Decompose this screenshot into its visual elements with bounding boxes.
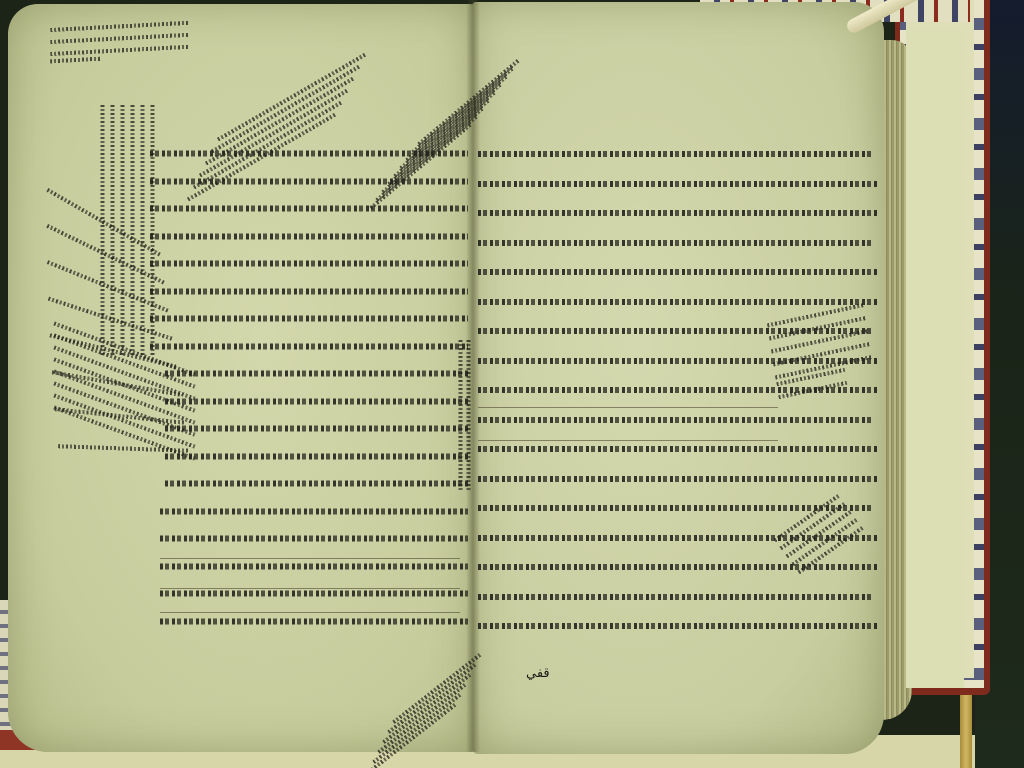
right-text-line	[478, 235, 872, 249]
marginal-note-line	[128, 105, 137, 355]
left-text-line	[160, 504, 468, 517]
handwriting-stroke	[150, 229, 468, 242]
handwriting-stroke	[478, 412, 872, 426]
left-text-line	[150, 256, 468, 269]
handwriting-stroke	[150, 284, 468, 297]
handwriting-stroke	[478, 146, 872, 160]
handwriting-stroke	[478, 589, 872, 603]
ruled-line	[160, 588, 460, 589]
ruled-line	[160, 558, 460, 559]
support-post	[960, 695, 972, 768]
handwriting-stroke	[478, 264, 878, 278]
ruled-line	[478, 407, 778, 408]
handwriting-stroke	[478, 176, 878, 190]
handwriting-stroke	[478, 294, 878, 308]
ruled-line	[160, 612, 460, 613]
left-text-line	[165, 476, 468, 489]
handwriting-stroke	[165, 366, 468, 379]
left-text-line	[150, 201, 468, 214]
handwriting-stroke	[150, 339, 468, 352]
right-text-line	[478, 412, 872, 426]
marginal-note-line	[138, 105, 147, 355]
left-text-line	[165, 366, 468, 379]
left-text-line	[165, 394, 468, 407]
handwriting-stroke	[165, 421, 468, 434]
left-text-line	[165, 421, 468, 434]
handwriting-stroke	[478, 235, 872, 249]
handwriting-stroke	[150, 256, 468, 269]
right-text-line	[478, 205, 878, 219]
ruled-line	[478, 440, 778, 441]
right-text-line	[478, 176, 878, 190]
right-text-line	[478, 146, 872, 160]
handwriting-stroke	[165, 449, 468, 462]
flyleaf	[906, 28, 964, 688]
manuscript-photo: قفي	[0, 0, 1024, 768]
left-text-line	[160, 559, 468, 572]
right-text-line	[478, 264, 878, 278]
left-text-line	[150, 284, 468, 297]
catchword: قفي	[526, 666, 550, 681]
handwriting-stroke	[160, 504, 468, 517]
left-text-line	[160, 614, 468, 627]
left-text-line	[150, 311, 468, 324]
right-text-line	[478, 618, 878, 632]
handwriting-stroke	[160, 614, 468, 627]
handwriting-stroke	[478, 441, 878, 455]
handwriting-stroke	[160, 559, 468, 572]
left-text-line	[160, 531, 468, 544]
marginal-note-line	[464, 340, 473, 490]
left-text-line	[150, 229, 468, 242]
handwriting-stroke	[478, 618, 878, 632]
right-text-line	[478, 471, 878, 485]
right-text-line	[478, 441, 878, 455]
handwriting-stroke	[150, 201, 468, 214]
right-text-line	[478, 589, 872, 603]
handwriting-stroke	[478, 205, 878, 219]
handwriting-stroke	[478, 471, 878, 485]
right-text-line	[478, 294, 878, 308]
left-text-line	[150, 339, 468, 352]
handwriting-stroke	[165, 394, 468, 407]
left-text-line	[165, 449, 468, 462]
handwriting-stroke	[160, 531, 468, 544]
handwriting-stroke	[165, 476, 468, 489]
handwriting-stroke	[150, 311, 468, 324]
marginal-note-line	[148, 105, 157, 355]
